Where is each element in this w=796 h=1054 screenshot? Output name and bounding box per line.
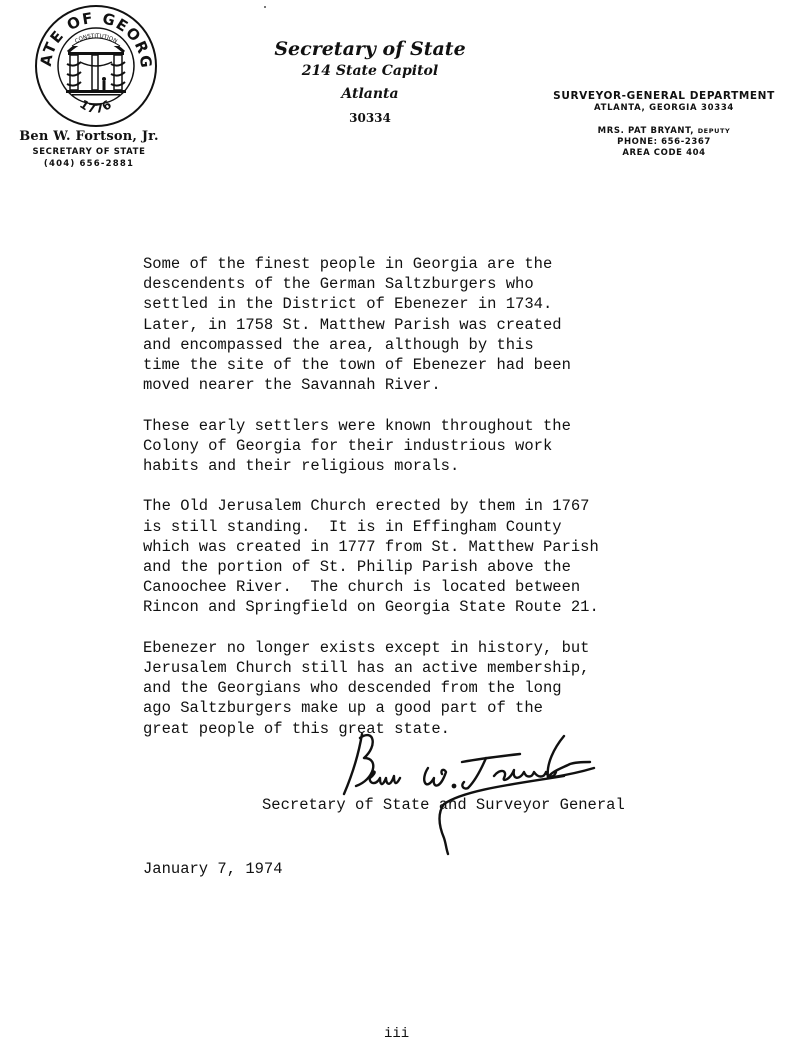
body-line: is still standing. It is in Effingham Co… xyxy=(143,517,703,537)
deputy-label: DEPUTY xyxy=(698,127,731,135)
secretary-title: SECRETARY OF STATE xyxy=(0,147,178,157)
body-line: The Old Jerusalem Church erected by them… xyxy=(143,496,703,516)
svg-text:1776: 1776 xyxy=(77,97,115,116)
office-address: 214 State Capitol xyxy=(270,60,470,83)
department-city: ATLANTA, GEORGIA 30334 xyxy=(532,103,796,114)
body-paragraph: Ebenezer no longer exists except in hist… xyxy=(143,638,703,739)
body-paragraph: Some of the finest people in Georgia are… xyxy=(143,254,703,395)
secretary-phone: (404) 656-2881 xyxy=(0,159,178,169)
letter-date: January 7, 1974 xyxy=(143,860,283,878)
body-line: Later, in 1758 St. Matthew Parish was cr… xyxy=(143,315,703,335)
body-line: and encompassed the area, although by th… xyxy=(143,335,703,355)
body-line: ago Saltzburgers make up a good part of … xyxy=(143,698,703,718)
deputy-contact: MRS. PAT BRYANT, DEPUTY PHONE: 656-2367 … xyxy=(532,126,796,159)
body-line: settled in the District of Ebenezer in 1… xyxy=(143,294,703,314)
body-line: habits and their religious morals. xyxy=(143,456,703,476)
body-line: which was created in 1777 from St. Matth… xyxy=(143,537,703,557)
secretary-name: Ben W. Fortson, Jr. xyxy=(0,129,178,144)
body-paragraph: These early settlers were known througho… xyxy=(143,416,703,477)
body-line: Rincon and Springfield on Georgia State … xyxy=(143,597,703,617)
body-line: time the site of the town of Ebenezer ha… xyxy=(143,355,703,375)
body-line: descendents of the German Saltzburgers w… xyxy=(143,274,703,294)
body-line: Colony of Georgia for their industrious … xyxy=(143,436,703,456)
state-seal: STATE OF GEORGIA 1776 CONSTITUTION xyxy=(34,4,158,128)
page-number: iii xyxy=(384,1026,409,1042)
body-line: Some of the finest people in Georgia are… xyxy=(143,254,703,274)
body-line: and the portion of St. Philip Parish abo… xyxy=(143,557,703,577)
office-zip: 30334 xyxy=(270,108,470,128)
body-line: Canoochee River. The church is located b… xyxy=(143,577,703,597)
deputy-line: MRS. PAT BRYANT, DEPUTY xyxy=(532,126,796,137)
scan-speck xyxy=(264,6,266,8)
deputy-name: MRS. PAT BRYANT, xyxy=(598,126,694,136)
department-name: SURVEYOR-GENERAL DEPARTMENT xyxy=(532,90,796,103)
body-line: These early settlers were known througho… xyxy=(143,416,703,436)
office-city: Atlanta xyxy=(270,83,470,106)
left-letterhead: Ben W. Fortson, Jr. SECRETARY OF STATE (… xyxy=(0,129,178,169)
deputy-phone: PHONE: 656-2367 xyxy=(532,137,796,148)
body-paragraph: The Old Jerusalem Church erected by them… xyxy=(143,496,703,617)
body-line: and the Georgians who descended from the… xyxy=(143,678,703,698)
office-title: Secretary of State xyxy=(270,38,470,60)
center-letterhead: Secretary of State 214 State Capitol Atl… xyxy=(270,38,470,128)
body-line: Ebenezer no longer exists except in hist… xyxy=(143,638,703,658)
right-letterhead: SURVEYOR-GENERAL DEPARTMENT ATLANTA, GEO… xyxy=(532,90,796,159)
deputy-area-code: AREA CODE 404 xyxy=(532,148,796,159)
body-line: moved nearer the Savannah River. xyxy=(143,375,703,395)
body-line: Jerusalem Church still has an active mem… xyxy=(143,658,703,678)
signatory-title: Secretary of State and Surveyor General xyxy=(262,796,625,814)
letter-body: Some of the finest people in Georgia are… xyxy=(143,254,703,759)
